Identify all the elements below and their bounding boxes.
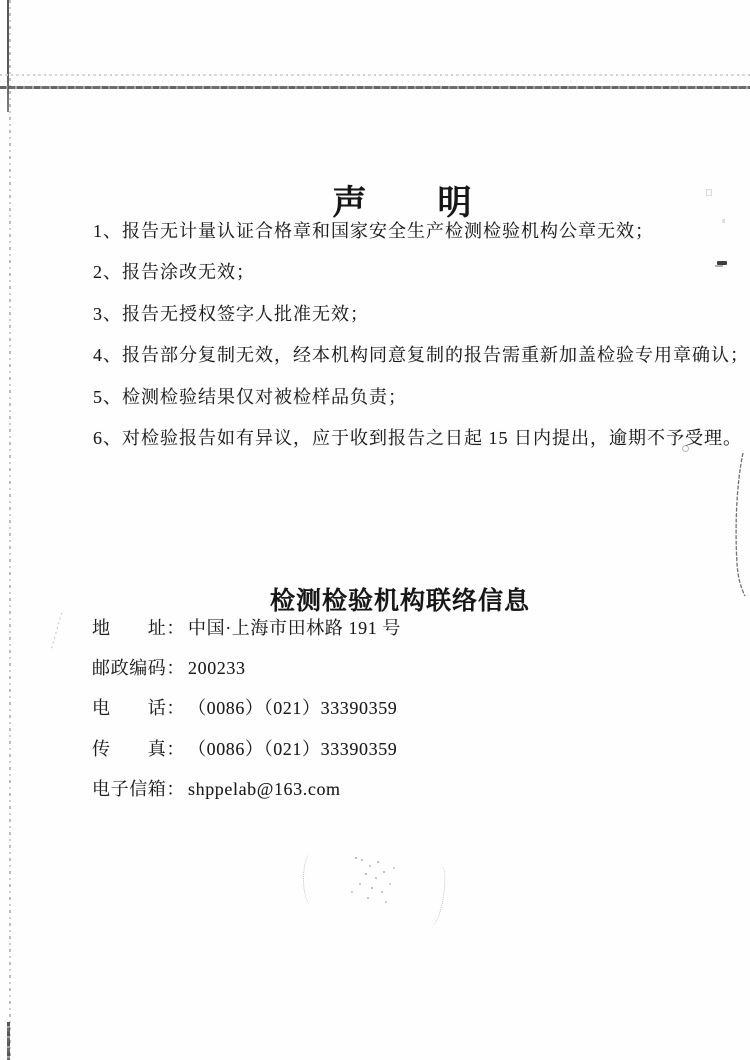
- contact-row-fax: 传 真： （0086）（021）33390359: [92, 738, 652, 778]
- contact-section-heading: 检测检验机构联络信息: [50, 581, 750, 617]
- contact-row-email: 电子信箱： shppelab@163.com: [92, 778, 652, 818]
- contact-row-postcode: 邮政编码： 200233: [92, 657, 652, 697]
- page-title: 声 明: [55, 175, 750, 224]
- contact-label: 传 真：: [92, 738, 185, 761]
- statement-number: 5、: [93, 385, 122, 409]
- statement-text: 检测检验结果仅对被检样品负责；: [122, 385, 407, 409]
- statement-item: 2、 报告涂改无效；: [93, 260, 750, 301]
- contact-label: 电 话：: [92, 697, 185, 720]
- statement-number: 6、: [93, 426, 122, 450]
- contact-value: （0086）（021）33390359: [188, 697, 397, 720]
- scan-artifact-smudge: [295, 845, 460, 940]
- statement-item: 6、 对检验报告如有异议，应于收到报告之日起 15 日内提出，逾期不予受理。: [93, 426, 750, 467]
- contact-info-list: 地 址： 中国·上海市田林路 191 号 邮政编码： 200233 电 话： （…: [92, 617, 652, 818]
- statement-text: 报告涂改无效；: [122, 260, 255, 284]
- contact-value: 中国·上海市田林路 191 号: [188, 617, 401, 640]
- statement-text: 对检验报告如有异议，应于收到报告之日起 15 日内提出，逾期不予受理。: [122, 426, 742, 450]
- contact-label: 邮政编码：: [92, 657, 185, 680]
- scan-artifact-top-line-faint: [0, 81, 750, 82]
- contact-label: 地 址：: [92, 617, 185, 640]
- contact-value: shppelab@163.com: [188, 778, 341, 801]
- smudge-right-arc: [420, 862, 448, 930]
- statement-number: 3、: [93, 302, 122, 326]
- contact-label: 电子信箱：: [92, 778, 185, 801]
- smudge-left-arc: [303, 853, 320, 905]
- scan-artifact-left-edge-dark-bottom: [7, 1022, 10, 1060]
- smudge-dots: [355, 857, 357, 859]
- scan-artifact-left-edge-dark-top: [7, 0, 9, 112]
- statement-item: 1、 报告无计量认证合格章和国家安全生产检测检验机构公章无效；: [93, 219, 750, 260]
- contact-value: 200233: [188, 657, 246, 680]
- statement-item: 4、 报告部分复制无效，经本机构同意复制的报告需重新加盖检验专用章确认；: [93, 343, 750, 384]
- statement-number: 1、: [93, 219, 122, 243]
- statement-item: 3、 报告无授权签字人批准无效；: [93, 302, 750, 343]
- statement-text: 报告部分复制无效，经本机构同意复制的报告需重新加盖检验专用章确认；: [122, 343, 749, 367]
- scan-artifact-top-line-light: [0, 74, 750, 76]
- scan-artifact-slash: [51, 613, 62, 650]
- contact-row-phone: 电 话： （0086）（021）33390359: [92, 697, 652, 737]
- statement-list: 1、 报告无计量认证合格章和国家安全生产检测检验机构公章无效； 2、 报告涂改无…: [93, 219, 750, 467]
- statement-number: 2、: [93, 260, 122, 284]
- scan-artifact-top-line-dark: [0, 86, 750, 89]
- contact-value: （0086）（021）33390359: [188, 738, 397, 761]
- scan-artifact-right-curve: [726, 446, 750, 602]
- contact-row-address: 地 址： 中国·上海市田林路 191 号: [92, 617, 652, 657]
- scan-artifact-left-edge-line: [9, 0, 11, 1060]
- statement-text: 报告无授权签字人批准无效；: [122, 302, 369, 326]
- statement-text: 报告无计量认证合格章和国家安全生产检测检验机构公章无效；: [122, 219, 654, 243]
- statement-item: 5、 检测检验结果仅对被检样品负责；: [93, 385, 750, 426]
- statement-number: 4、: [93, 343, 122, 367]
